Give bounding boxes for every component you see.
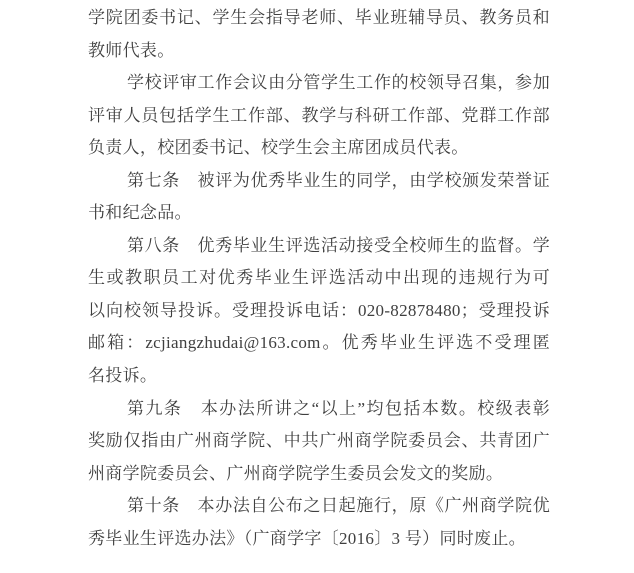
document-line: 州商学院委员会、广州商学院学生委员会发文的奖励。 (88, 458, 550, 491)
document-page: 学院团委书记、学生会指导老师、毕业班辅导员、教务员和教师代表。学校评审工作会议由… (0, 0, 634, 573)
document-line: 评审人员包括学生工作部、教学与科研工作部、党群工作部 (88, 100, 550, 133)
document-line: 书和纪念品。 (88, 197, 550, 230)
document-line: 以向校领导投诉。受理投诉电话：020-82878480；受理投诉 (88, 295, 550, 328)
document-line: 第八条 优秀毕业生评选活动接受全校师生的监督。学 (88, 230, 550, 263)
document-line: 名投诉。 (88, 360, 550, 393)
document-line: 秀毕业生评选办法》（广商学字〔2016〕3 号）同时废止。 (88, 523, 550, 556)
document-line: 第七条 被评为优秀毕业生的同学，由学校颁发荣誉证 (88, 165, 550, 198)
document-line: 生或教职员工对优秀毕业生评选活动中出现的违规行为可 (88, 262, 550, 295)
document-line: 邮箱：zcjiangzhudai@163.com。优秀毕业生评选不受理匿 (88, 327, 550, 360)
document-line: 第十条 本办法自公布之日起施行，原《广州商学院优 (88, 490, 550, 523)
document-line: 学院团委书记、学生会指导老师、毕业班辅导员、教务员和 (88, 2, 550, 35)
document-line: 教师代表。 (88, 35, 550, 68)
document-line: 学校评审工作会议由分管学生工作的校领导召集，参加 (88, 67, 550, 100)
document-text: 学院团委书记、学生会指导老师、毕业班辅导员、教务员和教师代表。学校评审工作会议由… (88, 2, 550, 555)
document-line: 奖励仅指由广州商学院、中共广州商学院委员会、共青团广 (88, 425, 550, 458)
document-line: 第九条 本办法所讲之“以上”均包括本数。校级表彰 (88, 393, 550, 426)
document-line: 负责人，校团委书记、校学生会主席团成员代表。 (88, 132, 550, 165)
